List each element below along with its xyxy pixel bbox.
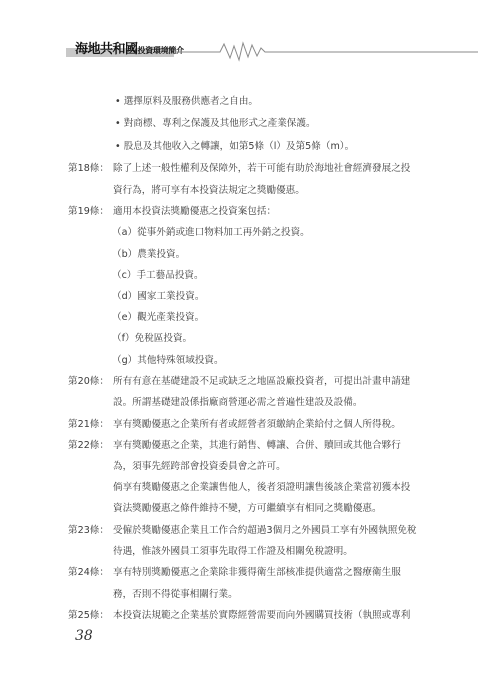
list-item: （g）其他特殊領域投資。 [112, 355, 224, 367]
article-label: 第19條： [68, 206, 109, 218]
article-text: 享有特別獎勵優惠之企業除非獲得衛生部核准提供適當之醫療衛生服 [113, 567, 401, 579]
article-text: 設。所謂基礎建設係指廠商營運必需之普遍性建設及設備。 [113, 397, 362, 409]
zigzag-rule-icon [174, 38, 478, 62]
article-text: 享有獎勵優惠之企業所有者或經營者須繳納企業給付之個人所得稅。 [113, 419, 401, 431]
article-text: 資行為，將可享有本投資法規定之獎勵優惠。 [113, 185, 305, 197]
article-label: 第20條： [68, 376, 109, 388]
article-text: 受僱於獎勵優惠企業且工作合約超過3個月之外國員工享有外國執照免稅 [113, 525, 417, 537]
article-text: 倘享有獎勵優惠之企業讓售他人，後者須證明讓售後該企業當初獲本投 [113, 482, 410, 494]
article-label: 第21條： [68, 419, 109, 431]
page-number: 38 [75, 628, 93, 644]
list-item: （e）觀光產業投資。 [112, 312, 204, 324]
list-item: （f）免稅區投資。 [112, 333, 192, 345]
article-label: 第25條： [68, 610, 109, 622]
article-label: 第24條： [68, 567, 109, 579]
bullet-item: • 股息及其他收入之轉讓，如第5條（l）及第5條（m）。 [115, 141, 354, 153]
header-title-main: 海地共和國 [75, 42, 138, 57]
article-text: 除了上述一般性權利及保障外，若干可能有助於海地社會經濟發展之投 [113, 163, 410, 175]
article-text: 務，否則不得從事相關行業。 [113, 589, 238, 601]
list-item: （c）手工藝品投資。 [112, 270, 204, 282]
running-header: 海地共和國投資環境簡介 [66, 38, 412, 62]
article-label: 第22條： [68, 440, 109, 452]
bullet-item: • 選擇原料及服務供應者之自由。 [115, 96, 258, 108]
header-title: 海地共和國投資環境簡介 [75, 40, 184, 56]
article-text: 享有獎勵優惠之企業，其進行銷售、轉讓、合併、贖回或其他合夥行 [113, 440, 401, 452]
article-text: 本投資法規範之企業基於實際經營需要而向外國購買技術（執照或專利 [113, 610, 410, 622]
article-label: 第18條： [68, 163, 109, 175]
article-text: 所有有意在基礎建設不足或缺乏之地區設廠投資者，可提出計畫申請建 [113, 376, 410, 388]
list-item: （b）農業投資。 [112, 249, 185, 261]
article-label: 第23條： [68, 525, 109, 537]
article-text: 資法獎勵優惠之條件維持不變，方可繼續享有相同之獎勵優惠。 [113, 503, 382, 515]
article-text: 為，須事先經跨部會投資委員會之許可。 [113, 461, 286, 473]
bullet-item: • 對商標、專利之保護及其他形式之產業保護。 [115, 118, 316, 130]
article-text: 待遇，惟該外國員工須事先取得工作證及相關免稅證明。 [113, 546, 353, 558]
list-item: （a）從事外銷或進口物料加工再外銷之投資。 [112, 227, 310, 239]
article-text: 適用本投資法獎勵優惠之投資案包括： [113, 206, 276, 218]
list-item: （d）國家工業投資。 [112, 291, 204, 303]
